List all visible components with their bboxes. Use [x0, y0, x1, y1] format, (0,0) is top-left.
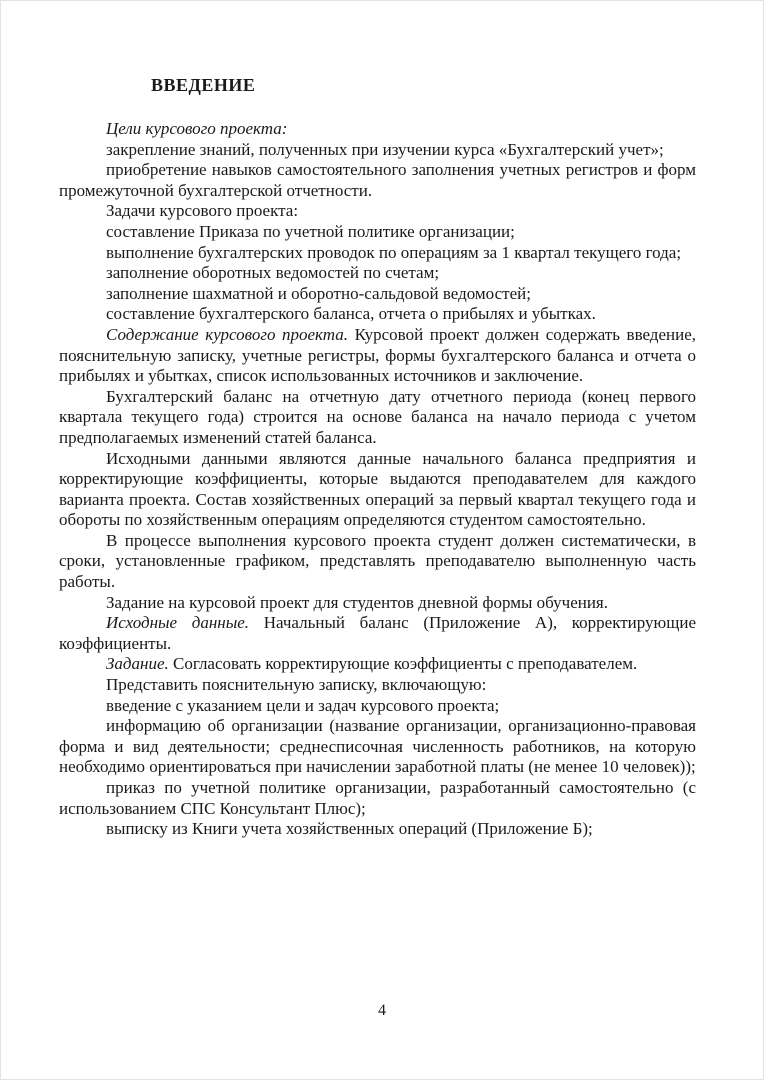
paragraph: приказ по учетной политике организации, … [59, 778, 696, 819]
paragraph: Цели курсового проекта: [59, 119, 696, 140]
document-body: Цели курсового проекта:закрепление знани… [59, 119, 696, 840]
paragraph: Задание. Согласовать корректирующие коэф… [59, 654, 696, 675]
paragraph: Бухгалтерский баланс на отчетную дату от… [59, 387, 696, 449]
paragraph: введение с указанием цели и задач курсов… [59, 696, 696, 717]
paragraph: Исходными данными являются данные началь… [59, 449, 696, 531]
paragraph: приобретение навыков самостоятельного за… [59, 160, 696, 201]
paragraph: Исходные данные. Начальный баланс (Прило… [59, 613, 696, 654]
paragraph: Задачи курсового проекта: [59, 201, 696, 222]
paragraph: В процессе выполнения курсового проекта … [59, 531, 696, 593]
paragraph: информацию об организации (название орга… [59, 716, 696, 778]
paragraph: Представить пояснительную записку, включ… [59, 675, 696, 696]
paragraph: заполнение оборотных ведомостей по счета… [59, 263, 696, 284]
paragraph: Содержание курсового проекта. Курсовой п… [59, 325, 696, 387]
page-number: 4 [1, 1001, 763, 1021]
paragraph: выписку из Книги учета хозяйственных опе… [59, 819, 696, 840]
paragraph-lead: Содержание курсового проекта. [106, 325, 348, 344]
paragraph: составление бухгалтерского баланса, отче… [59, 304, 696, 325]
paragraph: Задание на курсовой проект для студентов… [59, 593, 696, 614]
paragraph: заполнение шахматной и оборотно-сальдово… [59, 284, 696, 305]
paragraph-lead: Исходные данные. [106, 613, 249, 632]
document-content: ВВЕДЕНИЕ Цели курсового проекта:закрепле… [59, 74, 696, 840]
paragraph: закрепление знаний, полученных при изуче… [59, 140, 696, 161]
paragraph-lead: Задание. [106, 654, 169, 673]
section-heading: ВВЕДЕНИЕ [151, 74, 696, 96]
paragraph: составление Приказа по учетной политике … [59, 222, 696, 243]
document-page: ВВЕДЕНИЕ Цели курсового проекта:закрепле… [0, 0, 764, 1080]
paragraph: выполнение бухгалтерских проводок по опе… [59, 243, 696, 264]
